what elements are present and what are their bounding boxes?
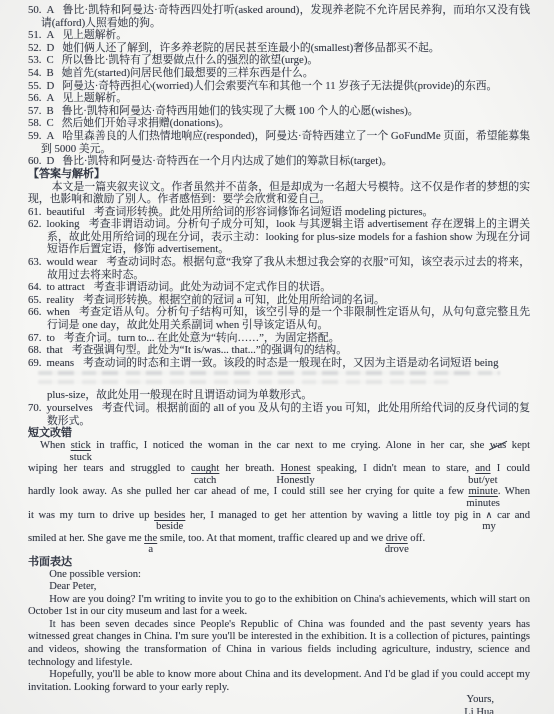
analysis-text: 考查介词。turn to... 在此处意为“转向……”，为固定搭配。: [64, 332, 340, 344]
answer-text: 所以鲁比·凯特有了想要做点什么的强烈的欲望(urge)。: [62, 54, 319, 66]
passage-text: off.: [408, 533, 425, 544]
correction-word: catch: [194, 475, 216, 487]
answer-number: 53.: [28, 54, 42, 66]
correction-insert: ∧my: [486, 510, 493, 522]
answer-text: 她首先(started)问居民他们最想要的三样东西是什么。: [62, 67, 314, 79]
answer-item: 51.A见上题解析。: [28, 29, 530, 42]
answer-number: 58.: [28, 117, 42, 129]
writing-section: 书面表达 One possible version: Dear Peter, H…: [28, 556, 530, 714]
correction-word: Honestly: [276, 475, 314, 487]
answer-number: 59.: [28, 130, 42, 142]
answer-number: 52.: [28, 42, 42, 54]
correction-delete: was: [490, 440, 506, 452]
wrong-word: Honest: [281, 463, 311, 474]
analysis-item: 67.to考查介词。turn to... 在此处意为“转向……”，为固定搭配。: [28, 332, 530, 345]
item-number: 67.: [28, 332, 42, 344]
answer-choice: C: [47, 54, 54, 66]
answer-item: 58.C然后她们开始寻求捐赠(donations)。: [28, 117, 530, 130]
insert-caret-icon: ∧: [486, 511, 493, 521]
answer-number: 60.: [28, 155, 42, 167]
answer-choice: D: [47, 42, 55, 54]
letter-paragraph: Hopefully, you'll be able to know more a…: [28, 669, 530, 694]
answer-text: 鲁比·凯特和阿曼达·奇特西用她们的钱实现了大概 100 个人的心愿(wishes…: [62, 105, 419, 117]
correction-heading: 短文改错: [28, 427, 530, 440]
correction-word: minutes: [466, 498, 500, 510]
answer-choice: D: [47, 155, 55, 167]
letter-paragraph: How are you doing? I'm writing to invite…: [28, 594, 530, 619]
answer-choice: C: [47, 117, 54, 129]
wrong-word: caught: [191, 463, 219, 474]
analysis-item: 64.to attract考查非谓语动词。此处为动词不定式作目的状语。: [28, 281, 530, 294]
analysis-item: 63.would wear考查动词时态。根据句意“我穿了我从未想过我会穿的衣服”…: [28, 256, 530, 281]
item-number: 69.: [28, 357, 42, 369]
letter-salutation: Dear Peter,: [28, 581, 530, 594]
answer-choice: B: [47, 105, 54, 117]
answer-word: to: [47, 332, 55, 344]
scan-page: 50.A鲁比·凯特和阿曼达·奇特西四处打听(asked around)，发现养老…: [0, 0, 554, 714]
letter-signature-block: Yours, Li Hua: [28, 694, 530, 714]
cloze-answers-section: 50.A鲁比·凯特和阿曼达·奇特西四处打听(asked around)，发现养老…: [28, 4, 530, 168]
correction-replace: besidesbeside: [154, 510, 185, 522]
letter-paragraph: It has been seven decades since People's…: [28, 619, 530, 669]
answer-word: that: [47, 344, 63, 356]
correction-replace: stickstuck: [71, 440, 91, 452]
analysis-item: 65.reality考查词形转换。根据空前的冠词 a 可知，此处用所给词的名词。: [28, 294, 530, 307]
analysis-item: 66.when考查定语从句。分析句子结构可知，该空引导的是一个非限制性定语从句，…: [28, 306, 530, 331]
wrong-word: the: [144, 533, 157, 544]
answer-word: would wear: [47, 256, 98, 268]
answer-text: 鲁比·凯特和阿曼达·奇特西四处打听(asked around)，发现养老院不允许…: [41, 4, 530, 29]
answer-item: 59.A哈里森善良的人们热情地响应(responded)，阿曼达·奇特西建立了一…: [28, 130, 530, 155]
correction-replace: andbut/yet: [475, 463, 490, 475]
analysis-item: 62.looking考查非谓语动词。分析句子成分可知，look 与其逻辑主语 a…: [28, 218, 530, 256]
wrong-word: besides: [154, 510, 185, 521]
passage-text: kept: [506, 440, 530, 451]
answer-item: 55.D阿曼达·奇特西担心(worried)人们会索要汽车和其他一个 11 岁孩…: [28, 80, 530, 93]
answer-item: 52.D她们俩人还了解到，许多养老院的居民甚至连最小的(smallest)奢侈品…: [28, 42, 530, 55]
passage-line: smiled at her. She gave me thea smile, t…: [28, 533, 530, 556]
answer-word: yourselves: [47, 402, 93, 414]
answer-text: 她们俩人还了解到，许多养老院的居民甚至连最小的(smallest)奢侈品都买不起…: [62, 42, 439, 54]
wrong-word: and: [475, 463, 490, 474]
correction-replace: minuteminutes: [468, 486, 497, 498]
answer-word: beautiful: [47, 206, 85, 218]
letter-signature: Li Hua: [28, 707, 494, 714]
analysis-text: 考查定语从句。分析句子结构可知，该空引导的是一个非限制性定语从句，从句句意完整且…: [47, 306, 530, 331]
correction-replace: caughtcatch: [191, 463, 219, 475]
answer-word: looking: [47, 218, 80, 230]
answer-number: 57.: [28, 105, 42, 117]
passage-line: hardly look away. As she pulled her car …: [28, 486, 530, 509]
item-number: 63.: [28, 256, 42, 268]
passage-text: . When: [498, 486, 530, 497]
answer-choice: A: [47, 92, 55, 104]
scan-fade-artifact: [38, 371, 530, 387]
passage-text: her, I managed to get her attention by w…: [185, 510, 485, 521]
passage-line: it was my turn to drive up besidesbeside…: [28, 510, 530, 533]
answer-text: 阿曼达·奇特西担心(worried)人们会索要汽车和其他一个 11 岁孩子无法提…: [62, 80, 497, 92]
analysis-text: 考查动词时态。根据句意“我穿了我从未想过我会穿的衣服”可知，该空表示过去的将来，…: [47, 256, 530, 281]
answer-choice: A: [47, 29, 55, 41]
analysis-item: 69.means考查动词的时态和主谓一致。该段的时态是一般现在时，又因为主语是动…: [28, 357, 530, 370]
passage-line: When stickstuck in traffic, I noticed th…: [28, 440, 530, 463]
answer-item: 54.B她首先(started)问居民他们最想要的三样东西是什么。: [28, 67, 530, 80]
analysis-text: 考查代词。根据前面的 all of you 及从句的主语 you 可知，此处用所…: [47, 402, 530, 427]
answer-text: 鲁比·凯特和阿曼达·奇特西在一个月内达成了她们的筹款目标(target)。: [62, 155, 392, 167]
answer-item: 56.A见上题解析。: [28, 92, 530, 105]
answer-number: 54.: [28, 67, 42, 79]
answer-text: 见上题解析。: [62, 92, 127, 104]
answer-number: 51.: [28, 29, 42, 41]
analysis-text: 考查词形转换。此处用所给词的形容词修饰名词短语 modeling picture…: [94, 206, 433, 218]
correction-replace: drivedrove: [386, 533, 408, 545]
passage-text: her breath.: [219, 463, 280, 474]
answer-item: 60.D鲁比·凯特和阿曼达·奇特西在一个月内达成了她们的筹款目标(target)…: [28, 155, 530, 168]
answer-choice: A: [47, 130, 55, 142]
deleted-word: was: [490, 440, 506, 451]
answer-choice: A: [47, 4, 55, 16]
passage-text: car and: [492, 510, 530, 521]
passage-text: in traffic, I noticed the woman in the c…: [91, 440, 490, 451]
letter-version-label: One possible version:: [28, 569, 530, 582]
correction-word: but/yet: [468, 475, 497, 487]
answer-text: 见上题解析。: [62, 29, 127, 41]
answer-choice: B: [47, 67, 54, 79]
analysis-text: 考查词形转换。根据空前的冠词 a 可知，此处用所给词的名词。: [83, 294, 385, 306]
analysis-text: 考查非谓语动词。此处为动词不定式作目的状语。: [94, 281, 332, 293]
passage-text: smile, too. At that moment, traffic clea…: [157, 533, 386, 544]
correction-passage: When stickstuck in traffic, I noticed th…: [28, 440, 530, 556]
answer-item: 57.B鲁比·凯特和阿曼达·奇特西用她们的钱实现了大概 100 个人的心愿(wi…: [28, 105, 530, 118]
passage-text: it was my turn to drive up: [28, 510, 154, 521]
answer-word: reality: [47, 294, 75, 306]
answer-number: 50.: [28, 4, 42, 16]
wrong-word: drive: [386, 533, 408, 544]
analysis-text: 考查强调句型。此处为“It is/was... that...”的强调句的结构。: [72, 344, 347, 356]
item-number: 65.: [28, 294, 42, 306]
answer-text: 哈里森善良的人们热情地响应(responded)，阿曼达·奇特西建立了一个 Go…: [41, 130, 530, 155]
analysis-item: 61.beautiful考查词形转换。此处用所给词的形容词修饰名词短语 mode…: [28, 206, 530, 219]
answer-item: 53.C所以鲁比·凯特有了想要做点什么的强烈的欲望(urge)。: [28, 54, 530, 67]
answer-item: 50.A鲁比·凯特和阿曼达·奇特西四处打听(asked around)，发现养老…: [28, 4, 530, 29]
analysis-intro: 本文是一篇夹叙夹议文。作者虽然并不苗条，但是却成为一名超大号模特。这不仅是作者的…: [28, 181, 530, 206]
analysis-section-header: 【答案与解析】: [28, 168, 530, 181]
passage-text: When: [40, 440, 71, 451]
correction-word: beside: [156, 521, 183, 533]
item-number: 70.: [28, 402, 42, 414]
correction-replace: HonestHonestly: [281, 463, 311, 475]
answer-word: to attract: [47, 281, 85, 293]
correction-word: my: [482, 521, 496, 533]
correction-word: stuck: [70, 452, 92, 464]
analysis-section: 【答案与解析】 本文是一篇夹叙夹议文。作者虽然并不苗条，但是却成为一名超大号模特…: [28, 168, 530, 427]
passage-text: hardly look away. As she pulled her car …: [28, 486, 468, 497]
analysis-item: 68.that考查强调句型。此处为“It is/was... that...”的…: [28, 344, 530, 357]
analysis-item: 70.yourselves考查代词。根据前面的 all of you 及从句的主…: [28, 402, 530, 427]
answer-text: 然后她们开始寻求捐赠(donations)。: [62, 117, 230, 129]
answer-number: 55.: [28, 80, 42, 92]
passage-text: speaking, I didn't mean to stare,: [311, 463, 476, 474]
item-number: 62.: [28, 218, 42, 230]
writing-heading: 书面表达: [28, 556, 530, 569]
faded-text-line: [38, 380, 450, 384]
answer-number: 56.: [28, 92, 42, 104]
correction-word: a: [148, 544, 153, 556]
analysis-text: 考查非谓语动词。分析句子成分可知，look 与其逻辑主语 advertiseme…: [47, 218, 530, 255]
analysis-text: 考查动词的时态和主谓一致。该段的时态是一般现在时，又因为主语是动名词短语 bei…: [83, 357, 498, 369]
item-number: 61.: [28, 206, 42, 218]
correction-replace: thea: [144, 533, 157, 545]
item-number: 68.: [28, 344, 42, 356]
answer-word: means: [47, 357, 75, 369]
passage-text: wiping her tears and struggled to: [28, 463, 191, 474]
wrong-word: stick: [71, 440, 91, 451]
passage-line: wiping her tears and struggled to caught…: [28, 463, 530, 486]
item-number: 66.: [28, 306, 42, 318]
error-correction-section: 短文改错 When stickstuck in traffic, I notic…: [28, 427, 530, 556]
answer-word: when: [47, 306, 70, 318]
item-number: 64.: [28, 281, 42, 293]
letter-closing: Yours,: [28, 694, 494, 707]
correction-word: drove: [385, 544, 409, 556]
analysis-item-continuation: plus-size，故此处用一般现在时且谓语动词为单数形式。: [28, 389, 530, 402]
answer-choice: D: [47, 80, 55, 92]
faded-text-line: [38, 371, 500, 375]
passage-text: smiled at her. She gave me: [28, 533, 144, 544]
passage-text: I could: [491, 463, 530, 474]
wrong-word: minute: [468, 486, 497, 497]
